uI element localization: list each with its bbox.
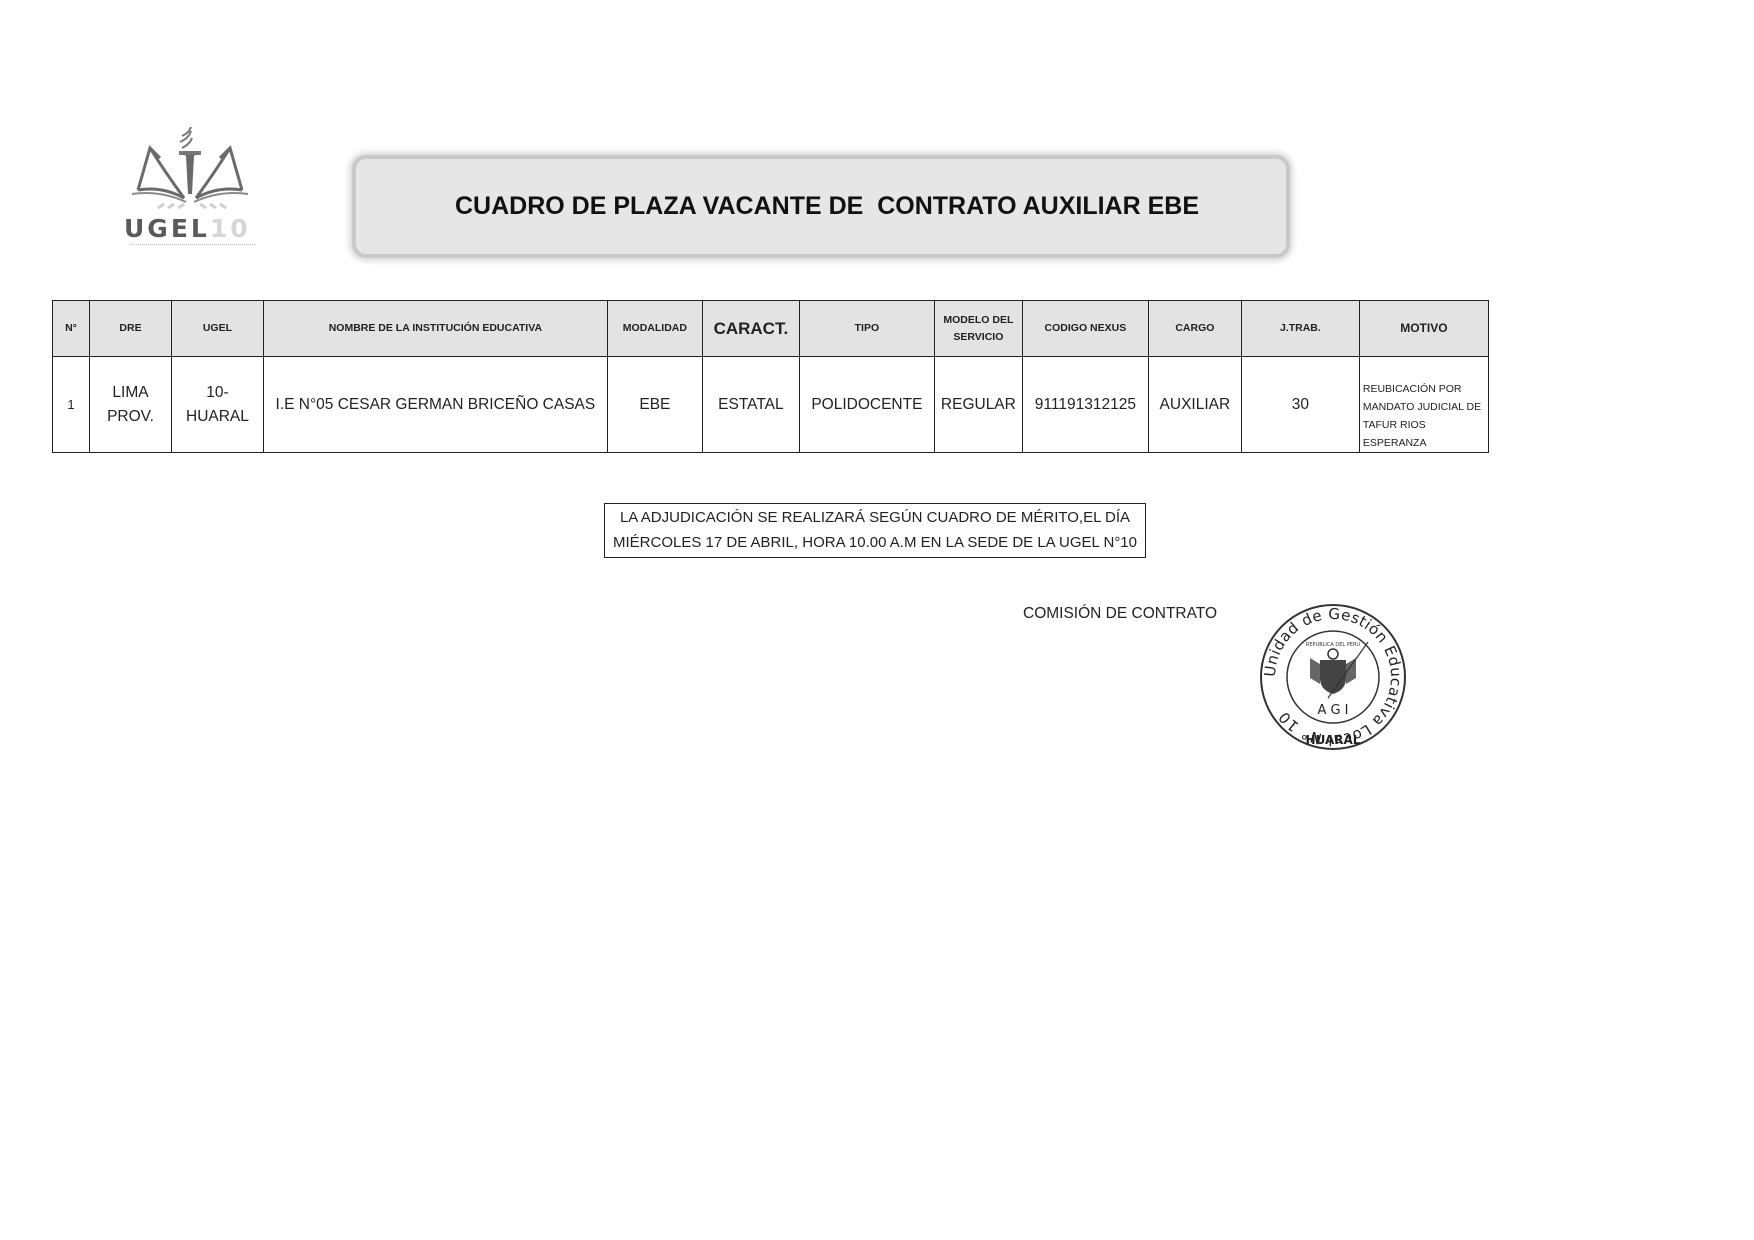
logo-text: UGEL10 xyxy=(124,214,251,243)
open-book-torch-icon xyxy=(120,122,260,217)
header-dre: DRE xyxy=(90,301,172,357)
header-codigo-nexus: CODIGO NEXUS xyxy=(1022,301,1148,357)
table-header-row: N° DRE UGEL NOMBRE DE LA INSTITUCIÓN EDU… xyxy=(53,301,1489,357)
cell-ugel: 10- HUARAL xyxy=(172,357,264,453)
notice-line-2: MIÉRCOLES 17 DE ABRIL, HORA 10.00 A.M EN… xyxy=(605,530,1145,555)
ugel-logo: UGEL10 xyxy=(120,122,260,252)
adjudication-notice: LA ADJUDICACIÓN SE REALIZARÁ SEGÚN CUADR… xyxy=(604,503,1146,558)
cell-codigo-nexus: 911191312125 xyxy=(1022,357,1148,453)
header-cargo: CARGO xyxy=(1148,301,1241,357)
header-modelo-servicio: MODELO DEL SERVICIO xyxy=(934,301,1022,357)
official-stamp: Unidad de Gestión Educativa Local N° 10 … xyxy=(1258,602,1408,752)
vacancy-table: N° DRE UGEL NOMBRE DE LA INSTITUCIÓN EDU… xyxy=(52,300,1489,453)
stamp-inner-top: REPUBLICA DEL PERU xyxy=(1306,642,1361,648)
cell-cargo: AUXILIAR xyxy=(1148,357,1241,453)
header-motivo: MOTIVO xyxy=(1359,301,1488,357)
title-banner: CUADRO DE PLAZA VACANTE DE CONTRATO AUXI… xyxy=(352,155,1290,258)
header-modalidad: MODALIDAD xyxy=(607,301,702,357)
cell-institucion: I.E N°05 CESAR GERMAN BRICEÑO CASAS xyxy=(263,357,607,453)
notice-line-1: LA ADJUDICACIÓN SE REALIZARÁ SEGÚN CUADR… xyxy=(605,505,1145,530)
stamp-center-text: A G I xyxy=(1317,703,1348,718)
header-jtrab: J.TRAB. xyxy=(1241,301,1359,357)
cell-jtrab: 30 xyxy=(1241,357,1359,453)
cell-motivo: REUBICACIÓN POR MANDATO JUDICIAL DE TAFU… xyxy=(1359,357,1488,453)
peru-coat-of-arms-icon xyxy=(1310,642,1368,698)
cell-n: 1 xyxy=(53,357,90,453)
cell-caract: ESTATAL xyxy=(702,357,799,453)
header-ugel: UGEL xyxy=(172,301,264,357)
cell-modelo: REGULAR xyxy=(934,357,1022,453)
page-title: CUADRO DE PLAZA VACANTE DE CONTRATO AUXI… xyxy=(455,192,1199,221)
header-caract: CARACT. xyxy=(702,301,799,357)
header-tipo: TIPO xyxy=(799,301,934,357)
table-row: 1 LIMA PROV. 10- HUARAL I.E N°05 CESAR G… xyxy=(53,357,1489,453)
cell-modalidad: EBE xyxy=(607,357,702,453)
header-institucion: NOMBRE DE LA INSTITUCIÓN EDUCATIVA xyxy=(263,301,607,357)
stamp-seal-icon: Unidad de Gestión Educativa Local N° 10 … xyxy=(1258,602,1408,752)
cell-tipo: POLIDOCENTE xyxy=(799,357,934,453)
header-n: N° xyxy=(53,301,90,357)
stamp-bottom-text: HUARAL xyxy=(1306,733,1361,747)
cell-dre: LIMA PROV. xyxy=(90,357,172,453)
commission-label: COMISIÓN DE CONTRATO xyxy=(1023,605,1217,623)
logo-tagline xyxy=(130,244,255,247)
